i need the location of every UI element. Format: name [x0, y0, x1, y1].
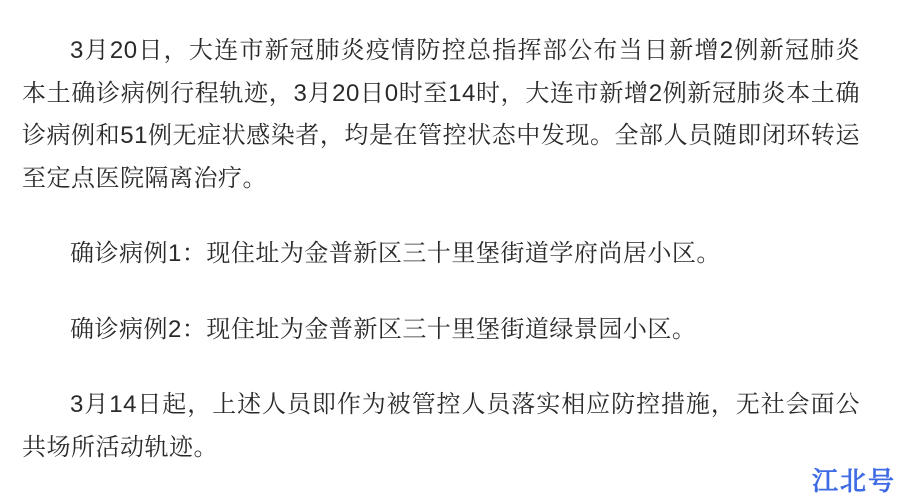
watermark-jiangbeihao: 江北号 [812, 468, 896, 494]
paragraph-announcement-summary: 3月20日，大连市新冠肺炎疫情防控总指挥部公布当日新增2例新冠肺炎本土确诊病例行… [22, 30, 860, 200]
article-body: 3月20日，大连市新冠肺炎疫情防控总指挥部公布当日新增2例新冠肺炎本土确诊病例行… [0, 0, 904, 469]
article-page: 3月20日，大连市新冠肺炎疫情防控总指挥部公布当日新增2例新冠肺炎本土确诊病例行… [0, 0, 904, 500]
paragraph-control-measures: 3月14日起，上述人员即作为被管控人员落实相应防控措施，无社会面公共场所活动轨迹… [22, 384, 860, 469]
paragraph-confirmed-case-2: 确诊病例2：现住址为金普新区三十里堡街道绿景园小区。 [22, 309, 860, 352]
paragraph-confirmed-case-1: 确诊病例1：现住址为金普新区三十里堡街道学府尚居小区。 [22, 233, 860, 276]
